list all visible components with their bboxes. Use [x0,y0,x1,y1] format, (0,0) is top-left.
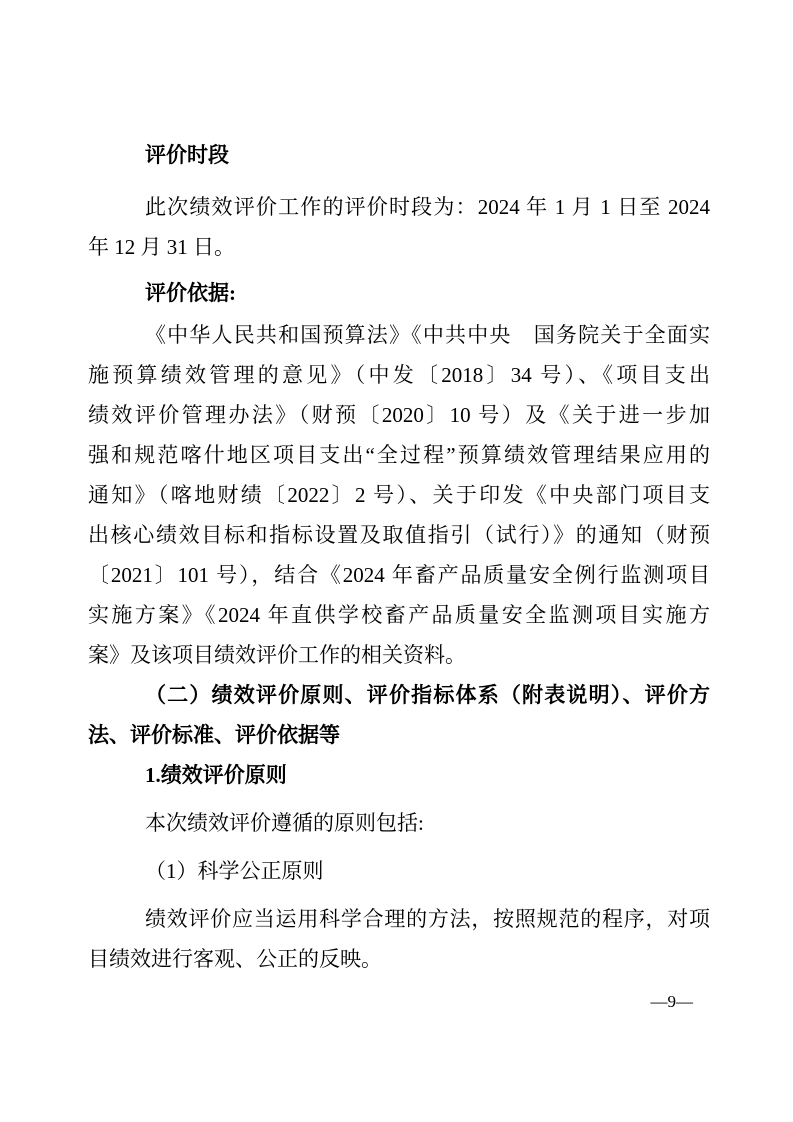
text-line: 强和规范喀什地区项目支出“全过程”预算绩效管理结果应用的 [88,435,710,475]
text-line: 通知》（喀地财绩〔2022〕2 号）、关于印发《中央部门项目支 [88,475,710,515]
text-line: 年 12 月 31 日。 [88,227,710,267]
heading-text: （二）绩效评价原则、评价指标体系（附表说明）、评价方 [88,675,710,715]
text-line: 本次绩效评价遵循的原则包括: [88,803,710,843]
heading-text: 评价依据: [88,273,710,313]
heading-evaluation-basis: 评价依据: [88,273,710,313]
paragraph-principle-one-body: 绩效评价应当运用科学合理的方法，按照规范的程序，对项 目绩效进行客观、公正的反映… [88,899,710,979]
text-line: 绩效评价管理办法》（财预〔2020〕10 号）及《关于进一步加 [88,395,710,435]
paragraph-evaluation-basis: 《中华人民共和国预算法》《中共中央 国务院关于全面实 施预算绩效管理的意见》（中… [88,315,710,675]
document-body: 评价时段 此次绩效评价工作的评价时段为：2024 年 1 月 1 日至 2024… [88,135,710,979]
text-line: 《中华人民共和国预算法》《中共中央 国务院关于全面实 [88,315,710,355]
heading-evaluation-period: 评价时段 [88,135,710,175]
heading-performance-principles: 1.绩效评价原则 [88,755,710,795]
text-line: 实施方案》《2024 年直供学校畜产品质量安全监测项目实施方 [88,595,710,635]
heading-text: 评价时段 [88,135,710,175]
text-line: 案》及该项目绩效评价工作的相关资料。 [88,635,710,675]
text-line: （1）科学公正原则 [88,851,710,891]
paragraph-evaluation-period: 此次绩效评价工作的评价时段为：2024 年 1 月 1 日至 2024 年 12… [88,187,710,267]
subheading-section-two: （二）绩效评价原则、评价指标体系（附表说明）、评价方 法、评价标准、评价依据等 [88,675,710,755]
text-line: 此次绩效评价工作的评价时段为：2024 年 1 月 1 日至 2024 [88,187,710,227]
heading-text: 1.绩效评价原则 [88,755,710,795]
heading-text: 法、评价标准、评价依据等 [88,715,710,755]
text-line: 绩效评价应当运用科学合理的方法，按照规范的程序，对项 [88,899,710,939]
text-line: 施预算绩效管理的意见》（中发〔2018〕34 号）、《项目支出 [88,355,710,395]
text-line: 〔2021〕101 号），结合《2024 年畜产品质量安全例行监测项目 [88,555,710,595]
page-number: —9— [651,992,694,1012]
paragraph-principles-intro: 本次绩效评价遵循的原则包括: [88,803,710,843]
text-line: 目绩效进行客观、公正的反映。 [88,939,710,979]
text-line: 出核心绩效目标和指标设置及取值指引（试行）》的通知（财预 [88,515,710,555]
paragraph-principle-one-title: （1）科学公正原则 [88,851,710,891]
document-page: 评价时段 此次绩效评价工作的评价时段为：2024 年 1 月 1 日至 2024… [0,0,793,1122]
